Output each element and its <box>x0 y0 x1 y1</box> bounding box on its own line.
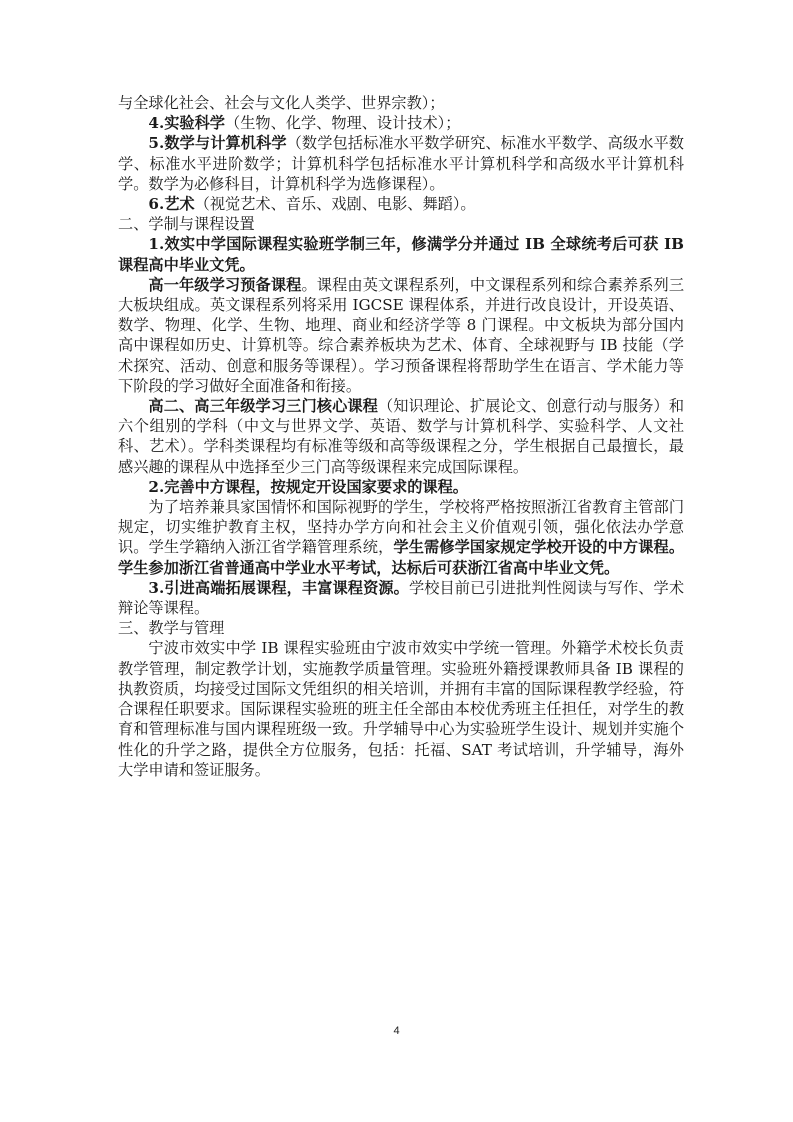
item-title: 6.艺术 <box>148 195 194 213</box>
paragraph-school-system: 1.效实中学国际课程实验班学制三年，修满学分并通过 IB 全球统考后可获 IB … <box>118 234 684 274</box>
paragraph-item-6: 6.艺术（视觉艺术、音乐、戏剧、电影、舞蹈）。 <box>118 194 684 214</box>
text-segment: 1.效实中学国际课程实验班学制三年，修满学分并通过 IB 全球统考后可获 IB … <box>118 235 684 273</box>
document-body: 与全球化社会、社会与文化人类学、世界宗教）； 4.实验科学（生物、化学、物理、设… <box>118 93 684 780</box>
paragraph-grade-11-12: 高二、高三年级学习三门核心课程（知识理论、扩展论文、创意行动与服务）和六个组别的… <box>118 396 684 477</box>
text-segment: 与全球化社会、社会与文化人类学、世界宗教）； <box>118 94 445 112</box>
section-heading-2: 二、学制与课程设置 <box>118 214 684 234</box>
item-title: 高二、高三年级学习三门核心课程 <box>148 397 378 415</box>
section-heading-3: 三、教学与管理 <box>118 618 684 638</box>
paragraph-list-continuation: 与全球化社会、社会与文化人类学、世界宗教）； <box>118 93 684 113</box>
paragraph-extension-courses: 3.引进高端拓展课程，丰富课程资源。学校目前已引进批判性阅读与写作、学术辩论等课… <box>118 578 684 618</box>
page-number: 4 <box>0 1025 793 1037</box>
heading-text: 二、学制与课程设置 <box>118 215 255 233</box>
paragraph-chinese-courses-title: 2.完善中方课程，按规定开设国家要求的课程。 <box>118 477 684 497</box>
paragraph-item-5: 5.数学与计算机科学（数学包括标准水平数学研究、标准水平数学、高级水平数学、标准… <box>118 133 684 194</box>
paragraph-grade-10: 高一年级学习预备课程。课程由英文课程系列，中文课程系列和综合素养系列三大板块组成… <box>118 275 684 396</box>
paragraph-item-4: 4.实验科学（生物、化学、物理、设计技术）； <box>118 113 684 133</box>
text-segment: 宁波市效实中学 IB 课程实验班由宁波市效实中学统一管理。外籍学术校长负责教学管… <box>118 639 684 778</box>
heading-text: 三、教学与管理 <box>118 619 224 637</box>
text-segment: （生物、化学、物理、设计技术）； <box>225 114 460 132</box>
item-title: 高一年级学习预备课程 <box>148 276 301 294</box>
paragraph-chinese-courses: 为了培养兼具家国情怀和国际视野的学生，学校将严格按照浙江省教育主管部门规定，切实… <box>118 497 684 578</box>
item-title: 4.实验科学 <box>148 114 225 132</box>
paragraph-teaching-management: 宁波市效实中学 IB 课程实验班由宁波市效实中学统一管理。外籍学术校长负责教学管… <box>118 638 684 779</box>
item-title: 5.数学与计算机科学 <box>148 134 286 152</box>
text-segment: （视觉艺术、音乐、戏剧、电影、舞蹈）。 <box>195 195 476 213</box>
item-title: 3.引进高端拓展课程，丰富课程资源。 <box>148 579 409 597</box>
text-segment: 2.完善中方课程，按规定开设国家要求的课程。 <box>148 478 468 496</box>
